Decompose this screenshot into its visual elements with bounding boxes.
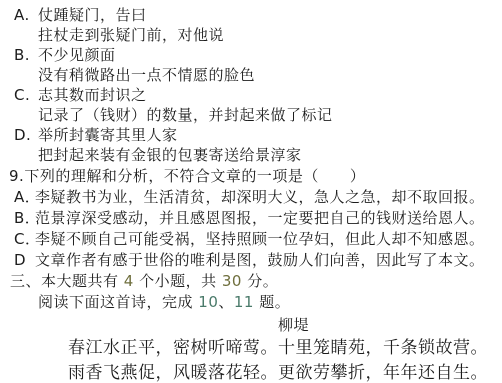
translation-option-b: B. 不少见颜面 没有稍微路出一点不情愿的脸色: [0, 45, 502, 85]
poem-line-2: 雨香飞燕促，风暖落花轻。更欲劳攀折，年年还自生。: [68, 361, 502, 383]
section-three-heading: 三、本大题共有 4 个小题，共 30 分。: [0, 271, 502, 292]
question-9-stem: 下列的理解和分析，不符合文章的一项是（ ）: [24, 166, 365, 187]
heading-text: 个小题，共: [134, 272, 222, 290]
option-translation: 记录了（钱财）的数量，并封起来做了标记: [38, 105, 333, 125]
option-phrase: 不少见颜面: [38, 45, 255, 65]
option-label: C．: [14, 229, 35, 250]
heading-text: 三、本大题共有: [10, 272, 124, 290]
poem-title: 柳堤: [278, 314, 502, 336]
option-label: A.: [14, 5, 38, 45]
option-text: 李疑不顾自己可能受祸，坚持照顾一位孕妇，但此人却不知感恩。: [35, 229, 485, 250]
option-label: B.: [14, 45, 38, 85]
translation-option-d: D. 举所封囊寄其里人家 把封起来装有金银的包裹寄送给景淳家: [0, 125, 502, 165]
question-9-option-d: D 文章作者有感于世俗的唯利是图，鼓励人们向善，因此写了本文。: [0, 250, 502, 271]
translation-option-a: A. 仗踵疑门，告曰 拄杖走到张疑门前，对他说: [0, 5, 502, 45]
poem-line-1: 春江水正平，密树听啼莺。十里笼睛苑，千条锁故营。: [68, 336, 502, 361]
option-label: C.: [14, 85, 38, 125]
translation-option-c: C. 志其数而封识之 记录了（钱财）的数量，并封起来做了标记: [0, 85, 502, 125]
instruction-text: 题。: [254, 293, 290, 311]
option-label: A．: [14, 187, 35, 208]
option-translation: 没有稍微路出一点不情愿的脸色: [38, 65, 255, 85]
exam-document-page: A. 仗踵疑门，告曰 拄杖走到张疑门前，对他说 B. 不少见颜面 没有稍微路出一…: [0, 0, 502, 383]
option-text: 范景淳深受感动，并且感恩图报，一定要把自己的钱财送给恩人。: [35, 208, 485, 229]
heading-text: 分。: [242, 272, 278, 290]
reading-instruction: 阅读下面这首诗，完成 10、11 题。: [0, 292, 502, 313]
option-label: B．: [14, 208, 35, 229]
question-count: 4: [124, 272, 134, 290]
option-label: D.: [14, 125, 38, 165]
option-text: 文章作者有感于世俗的唯利是图，鼓励人们向善，因此写了本文。: [35, 250, 485, 271]
option-phrase: 仗踵疑门，告曰: [38, 5, 224, 25]
question-9-number: 9.: [9, 166, 24, 187]
question-number-10: 10: [198, 293, 218, 311]
option-text: 李疑教书为业，生活清贫，却深明大义，急人之急，却不取回报。: [35, 187, 485, 208]
question-9: 9. 下列的理解和分析，不符合文章的一项是（ ）: [0, 166, 502, 187]
question-9-option-a: A． 李疑教书为业，生活清贫，却深明大义，急人之急，却不取回报。: [0, 187, 502, 208]
option-label: D: [14, 250, 35, 271]
instruction-text: 、: [218, 293, 234, 311]
question-9-option-b: B． 范景淳深受感动，并且感恩图报，一定要把自己的钱财送给恩人。: [0, 208, 502, 229]
option-phrase: 志其数而封识之: [38, 85, 333, 105]
question-9-option-c: C． 李疑不顾自己可能受祸，坚持照顾一位孕妇，但此人却不知感恩。: [0, 229, 502, 250]
option-translation: 把封起来装有金银的包裹寄送给景淳家: [38, 145, 302, 165]
option-phrase: 举所封囊寄其里人家: [38, 125, 302, 145]
option-translation: 拄杖走到张疑门前，对他说: [38, 25, 224, 45]
instruction-text: 阅读下面这首诗，完成: [38, 293, 198, 311]
question-number-11: 11: [234, 293, 254, 311]
total-points: 30: [222, 272, 242, 290]
